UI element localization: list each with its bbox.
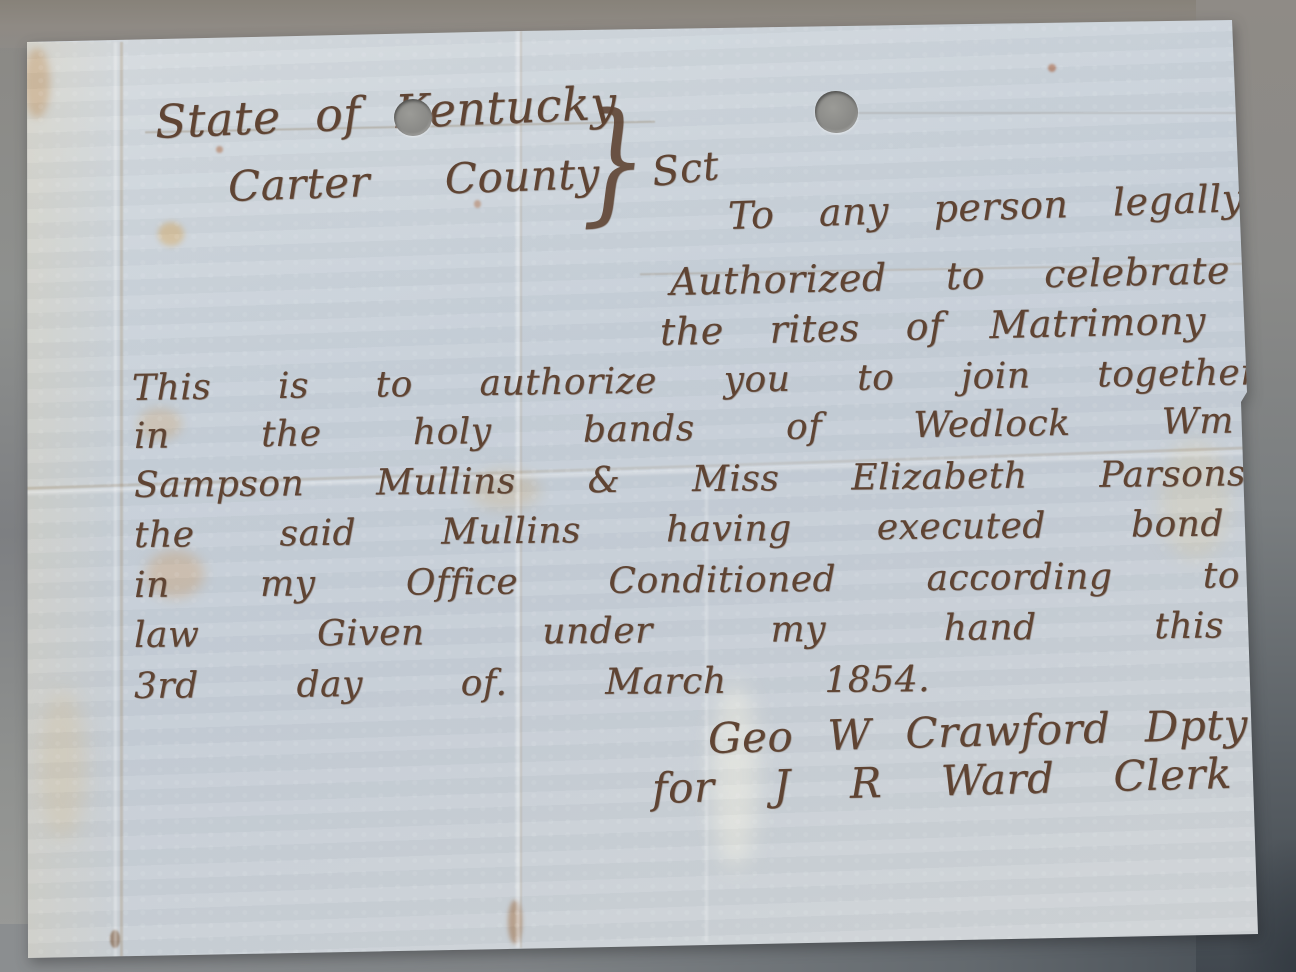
word: person: [933, 182, 1069, 231]
corner-stain: [24, 48, 50, 118]
word: Given: [317, 612, 425, 654]
word: March: [605, 661, 727, 703]
word: executed: [877, 505, 1046, 548]
word: 1854.: [824, 659, 930, 701]
word: the: [134, 514, 195, 556]
word: of: [905, 304, 944, 349]
hairline-crease-right: [850, 112, 1240, 114]
word: Crawford: [905, 703, 1111, 757]
word: &: [587, 460, 620, 501]
word: Sampson: [134, 463, 305, 506]
word: the: [660, 309, 725, 354]
word: together: [1097, 352, 1258, 395]
word: having: [666, 508, 792, 550]
word: to: [1203, 555, 1240, 596]
word: R: [849, 758, 882, 808]
word: Office: [406, 562, 519, 604]
heading-county-line: CarterCounty: [227, 149, 600, 211]
word: authorize: [479, 361, 657, 404]
word: any: [818, 188, 890, 234]
word: Geo: [707, 712, 793, 763]
word: to: [945, 253, 985, 298]
heading-state-text: StateofKentucky: [154, 76, 618, 149]
word: in: [134, 565, 170, 606]
yellow-spot: [158, 222, 184, 246]
word: join: [961, 355, 1031, 397]
word: W: [827, 710, 872, 760]
word: this: [1154, 605, 1224, 647]
heading-sct: Sct: [650, 143, 722, 196]
word: to: [375, 364, 413, 406]
word: holy: [413, 411, 492, 453]
word: Carter: [227, 157, 371, 211]
word: of: [314, 86, 362, 142]
word: County: [444, 149, 601, 203]
word: of.: [460, 663, 507, 704]
rust-speck: [1048, 64, 1056, 72]
word: J: [773, 760, 792, 809]
word: my: [260, 563, 316, 604]
body-line: lawGivenundermyhandthis: [134, 605, 1224, 656]
word: to: [857, 357, 895, 399]
rust-speck: [216, 146, 223, 153]
word: Wedlock: [913, 403, 1071, 446]
word: legally: [1112, 176, 1244, 225]
document-photo: StateofKentucky CarterCounty } Sct Toany…: [0, 0, 1296, 972]
word: hand: [943, 607, 1036, 649]
word: 3rd: [134, 665, 199, 707]
word: law: [134, 614, 200, 656]
word: Wm: [1161, 401, 1234, 443]
document-sheet: StateofKentucky CarterCounty } Sct Toany…: [0, 0, 1296, 972]
word: Miss: [692, 458, 780, 500]
body-line: inmyOfficeConditionedaccordingto: [134, 555, 1240, 606]
word: of: [786, 406, 823, 447]
word: Conditioned: [608, 559, 836, 602]
heading-brace: }: [578, 83, 650, 240]
salutation-line: Authorizedtocelebrate: [670, 248, 1231, 304]
word: bands: [583, 408, 695, 451]
word: Elizabeth: [851, 456, 1028, 499]
edge-stain: [40, 690, 86, 840]
body-line: intheholybandsofWedlockWm: [134, 401, 1234, 457]
word: is: [278, 366, 310, 407]
body-line: SampsonMullins&MissElizabethParsons: [134, 453, 1246, 506]
vertical-fold-left-highlight: [114, 42, 117, 958]
word: Mullins: [441, 510, 581, 552]
word: my: [770, 609, 826, 650]
punch-hole-right: [815, 91, 858, 133]
heading-state-line: StateofKentucky: [154, 76, 618, 149]
vertical-fold-left: [120, 42, 123, 958]
photo-scene: StateofKentucky CarterCounty } Sct Toany…: [0, 0, 1296, 972]
word: Dpty: [1144, 700, 1248, 752]
word: under: [542, 610, 653, 652]
paper-left-aged-band: [27, 42, 127, 958]
body-line: Thisistoauthorizeyoutojointogether: [132, 352, 1258, 409]
word: in: [134, 416, 170, 457]
salutation-line: theritesofMatrimony: [660, 299, 1207, 354]
word: Parsons: [1099, 453, 1246, 496]
word: Matrimony: [989, 299, 1206, 348]
word: Clerk: [1113, 749, 1233, 801]
word: Ward: [940, 753, 1055, 805]
word: according: [926, 556, 1112, 599]
word: To: [727, 192, 775, 238]
word: you: [723, 359, 790, 401]
word: State: [154, 90, 282, 149]
word: for: [651, 762, 715, 813]
heading-county-text: CarterCounty: [227, 149, 600, 211]
fold-rust-stain: [110, 930, 120, 948]
body-line: 3rddayof.March1854.: [134, 659, 930, 707]
word: celebrate: [1044, 248, 1231, 296]
word: Mullins: [376, 461, 516, 503]
word: said: [279, 513, 356, 555]
word: This: [132, 367, 212, 409]
word: Authorized: [670, 255, 888, 304]
salutation-line: Toanypersonlegally: [727, 176, 1244, 238]
punch-hole-left: [394, 99, 432, 136]
word: the: [261, 413, 322, 455]
body-line: thesaidMullinshavingexecutedbond: [134, 504, 1224, 556]
word: bond: [1131, 504, 1224, 546]
word: rites: [769, 306, 860, 352]
word: day: [296, 664, 363, 706]
fold-rust-stain: [508, 900, 522, 944]
